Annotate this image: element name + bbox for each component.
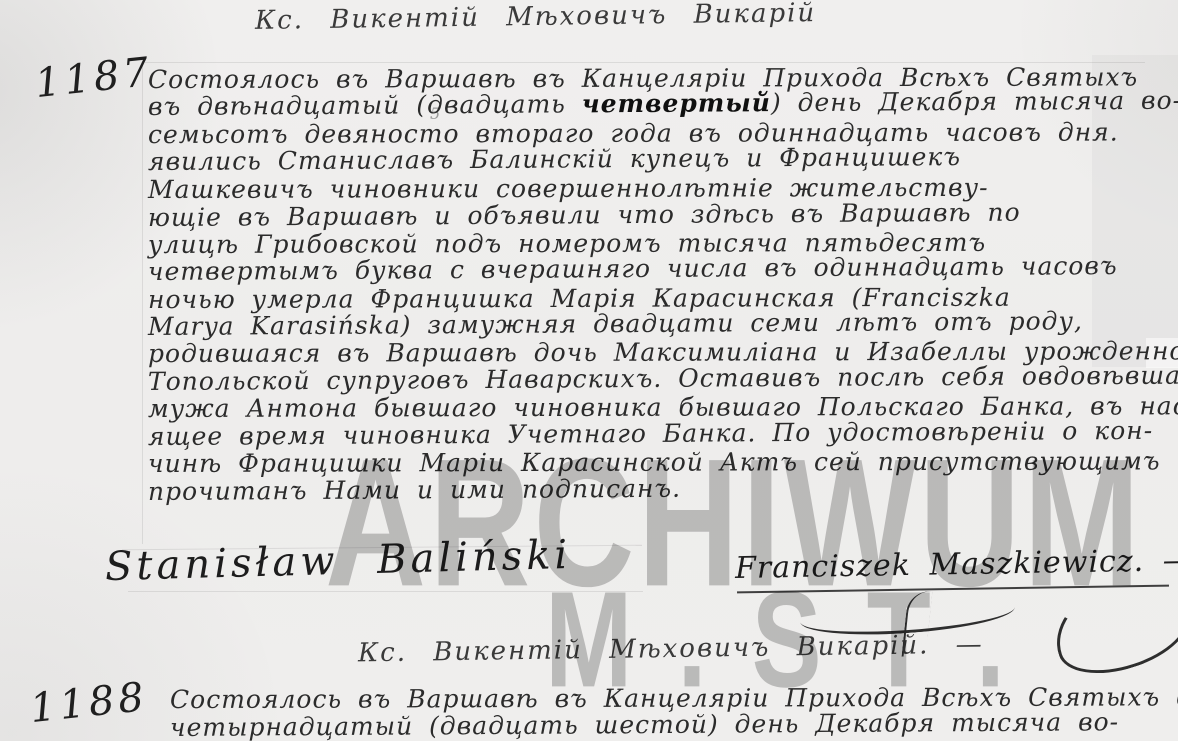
- record-line: Marya Karasińska) замужняя двадцати семи…: [148, 307, 1083, 340]
- watermark-letter: T: [867, 572, 931, 709]
- record-line: Топольской супруговъ Наварскихъ. Оставив…: [148, 362, 1178, 395]
- watermark-letter: .: [677, 572, 706, 709]
- page-header-clerk: Кс. Викентій Мѣховичъ Викарій: [255, 0, 817, 36]
- pencil-guide-left: [142, 62, 143, 544]
- watermark-letter: S: [752, 572, 822, 709]
- watermark-letter: M: [1023, 432, 1140, 614]
- record-line-text: въ двѣнадцатый (двадцать: [148, 89, 582, 121]
- record-line: въ двѣнадцатый (двадцать четвертый) день…: [148, 87, 1178, 120]
- watermark-letter: M: [545, 572, 632, 709]
- corrected-word: четвертый: [582, 88, 771, 118]
- document-scan: Кс. Викентій Мѣховичъ Викарій 1187 5 Сос…: [0, 0, 1178, 741]
- record-line: явились Станиславъ Балинскій купецъ и Фр…: [148, 143, 961, 175]
- watermark-mst: M . S T .: [545, 572, 1005, 709]
- record-line: ющіе въ Варшавѣ и объявили что здѣсь въ …: [148, 199, 1021, 231]
- record-line: четвертымъ буква с вчерашняго числа въ о…: [148, 252, 1118, 285]
- watermark-letter: .: [976, 572, 1005, 709]
- record-number-1187: 1187: [33, 49, 155, 107]
- record-number-1188: 1188: [28, 674, 150, 732]
- record-line-text: ) день Декабря тысяча во-: [771, 86, 1178, 118]
- watermark-letter: A: [325, 432, 426, 614]
- watermark-letter: R: [429, 432, 530, 614]
